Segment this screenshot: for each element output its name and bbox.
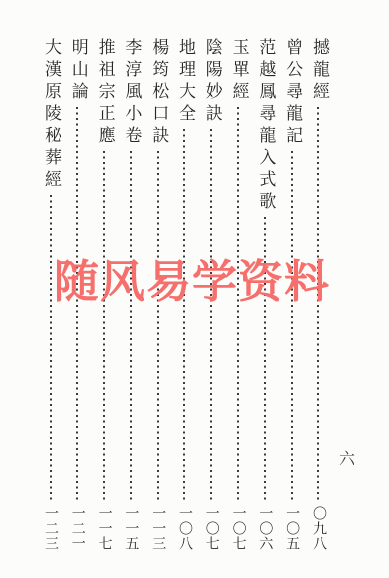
folio-page-number: 六 <box>337 446 357 469</box>
dotted-leader <box>210 129 212 502</box>
toc-entry-page-number: 一〇六 <box>255 506 274 552</box>
toc-entry-title: 地理大全 <box>175 38 194 126</box>
toc-entry-page-number: 一二一 <box>68 506 87 552</box>
dotted-leader <box>157 151 159 502</box>
toc-entry-page-number: 一二三 <box>41 506 60 552</box>
toc-entry-page-number: 一一三 <box>148 506 167 552</box>
dotted-leader <box>130 151 132 502</box>
toc-entry-page-number: 一〇八 <box>175 506 194 552</box>
toc-entry-page-number: 一一五 <box>121 506 140 552</box>
toc-entry-page-number: 一一七 <box>95 506 114 552</box>
dotted-leader <box>291 151 293 502</box>
toc-entry-page-number: 〇九八 <box>309 506 328 552</box>
toc-entry-page-number: 一〇七 <box>202 506 221 552</box>
toc-entry-title: 李淳風小卷 <box>121 38 140 148</box>
toc-entry-title: 曾公尋龍記 <box>282 38 301 148</box>
toc-entry-title: 撼龍經 <box>309 38 328 104</box>
watermark-text: 随风易学资料 <box>54 256 330 308</box>
toc-entry-title: 玉單經 <box>229 38 248 104</box>
dotted-leader <box>50 195 52 502</box>
toc-entry-title: 范越鳳尋龍入式歌 <box>255 38 274 214</box>
toc-entry-page-number: 一〇七 <box>229 506 248 552</box>
toc-entry-title: 楊筠松口訣 <box>148 38 167 148</box>
dotted-leader <box>103 151 105 502</box>
dotted-leader <box>183 129 185 502</box>
toc-entry-title: 推祖宗正應 <box>95 38 114 148</box>
toc-entry-title: 大漢原陵秘葬經 <box>41 38 60 192</box>
toc-entry-title: 明山論 <box>68 38 87 104</box>
toc-entry-page-number: 一〇五 <box>282 506 301 552</box>
toc-page: 撼龍經 〇九八 曾公尋龍記 一〇五 范越鳳尋龍入式歌 一〇六 玉單經 一〇七 陰… <box>0 0 389 578</box>
toc-entry-title: 陰陽妙訣 <box>202 38 221 126</box>
